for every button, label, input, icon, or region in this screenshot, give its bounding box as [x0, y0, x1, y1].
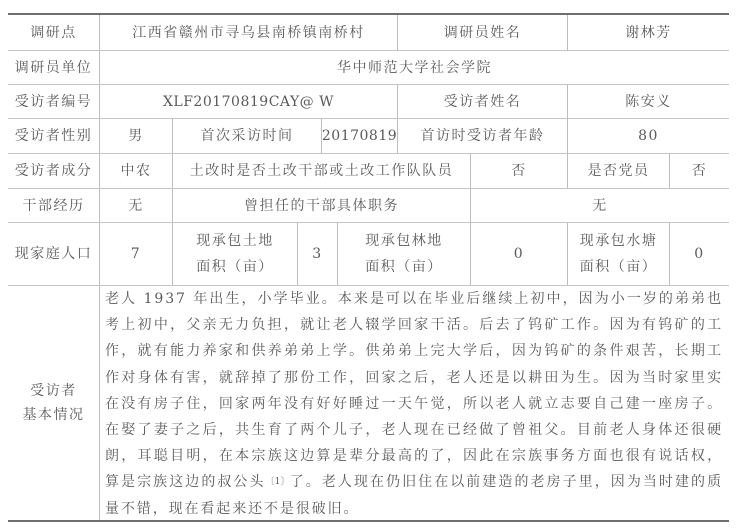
age-label: 首访时受访者年龄 — [397, 119, 567, 153]
interviewee-id-label: 受访者编号 — [8, 85, 99, 118]
researcher-name-value: 谢林芳 — [567, 15, 729, 50]
pond-area-value: 0 — [669, 223, 729, 285]
farmland-area-label-line2: 面积（亩） — [196, 254, 274, 280]
gender-value: 男 — [99, 119, 172, 153]
researcher-unit-label: 调研员单位 — [8, 51, 99, 84]
cadre-position-label: 曾担任的干部具体职务 — [172, 189, 470, 222]
class-status-value: 中农 — [99, 154, 172, 188]
forest-area-label: 现承包林地 面积（亩） — [337, 223, 470, 285]
pond-area-label-line1: 现承包水塘 — [580, 228, 658, 254]
household-size-label: 现家庭人口 — [8, 223, 99, 285]
land-reform-cadre-label: 土改时是否土改干部或土改工作队队员 — [172, 154, 470, 188]
first-visit-value: 20170819 — [321, 119, 397, 153]
pond-area-label: 现承包水塘 面积（亩） — [567, 223, 669, 285]
farmland-area-label: 现承包土地 面积（亩） — [172, 223, 297, 285]
basic-info-text: 老人 1937 年出生，小学毕业。本来是可以在毕业后继续上初中，因为小一岁的弟弟… — [99, 286, 727, 520]
table-bottom-rule — [8, 520, 729, 522]
first-visit-label: 首次采访时间 — [172, 119, 321, 153]
party-member-label: 是否党员 — [567, 154, 669, 188]
farmland-area-value: 3 — [297, 223, 337, 285]
researcher-name-label: 调研员姓名 — [397, 15, 567, 50]
forest-area-label-line1: 现承包林地 — [365, 228, 443, 254]
age-value: 80 — [567, 119, 729, 153]
basic-info-label-line2: 基本情况 — [23, 403, 85, 427]
interviewee-id-value: XLF20170819CAY@ W — [99, 85, 397, 118]
survey-site-label: 调研点 — [8, 15, 99, 50]
household-size-value: 7 — [99, 223, 172, 285]
cadre-experience-value: 无 — [99, 189, 172, 222]
pond-area-label-line2: 面积（亩） — [580, 254, 658, 280]
class-status-label: 受访者成分 — [8, 154, 99, 188]
forest-area-value: 0 — [470, 223, 567, 285]
gender-label: 受访者性别 — [8, 119, 99, 153]
party-member-value: 否 — [669, 154, 729, 188]
researcher-unit-value: 华中师范大学社会学院 — [99, 51, 729, 84]
cadre-experience-label: 干部经历 — [8, 189, 99, 222]
footnote-marker[interactable]: 〔1〕 — [266, 477, 290, 487]
interviewee-name-label: 受访者姓名 — [397, 85, 567, 118]
land-reform-cadre-value: 否 — [470, 154, 567, 188]
farmland-area-label-line1: 现承包土地 — [196, 228, 274, 254]
survey-site-value: 江西省赣州市寻乌县南桥镇南桥村 — [99, 15, 397, 50]
interviewee-name-value: 陈安义 — [567, 85, 729, 118]
basic-info-label: 受访者 基本情况 — [8, 286, 99, 520]
forest-area-label-line2: 面积（亩） — [365, 254, 443, 280]
cadre-position-value: 无 — [470, 189, 729, 222]
basic-info-text-part1: 老人 1937 年出生，小学毕业。本来是可以在毕业后继续上初中，因为小一岁的弟弟… — [105, 291, 723, 490]
basic-info-label-line1: 受访者 — [30, 379, 77, 403]
